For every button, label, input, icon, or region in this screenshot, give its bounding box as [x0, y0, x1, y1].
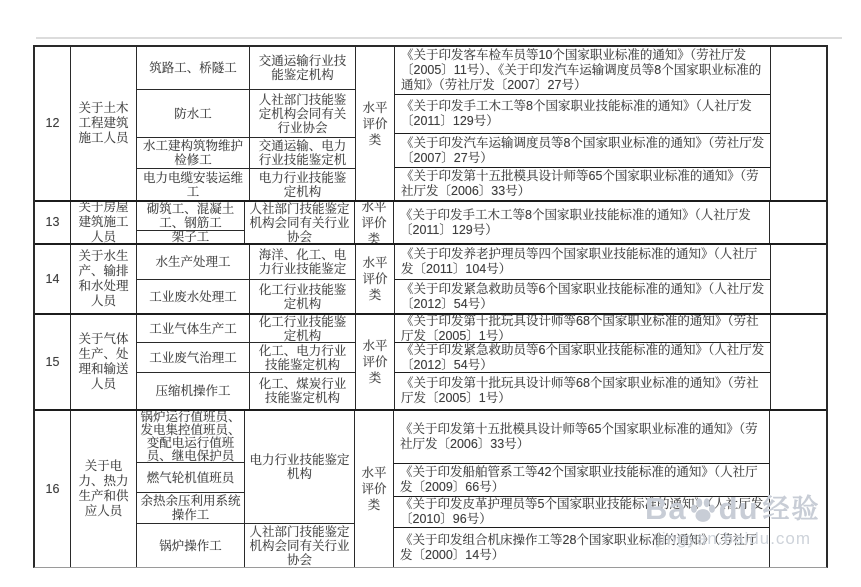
notice-cell: 《关于印发船舶管系工等42个国家职业技能标准的通知》（人社厅发〔2009〕66号…: [394, 464, 769, 497]
notice-cell: 《关于印发手工木工等8个国家职业技能标准的通知》（人社厅发〔2011〕129号）: [394, 202, 769, 243]
occupation-cell: 压缩机操作工: [137, 373, 250, 409]
eval-line2: 评价类: [357, 215, 391, 244]
table-row: 13 关于房屋建筑施工人员 砌筑工、混凝土工、钢筋工 架子工 人社部门技能鉴定机…: [35, 200, 826, 243]
row-number: 14: [35, 245, 71, 313]
occupation-cell: 余热余压利用系统操作工: [137, 493, 244, 524]
occupation-cell: 燃气轮机值班员: [137, 463, 244, 493]
notices-column: 《关于印发手工木工等8个国家职业技能标准的通知》（人社厅发〔2011〕129号）: [394, 202, 770, 243]
notice-cell: 《关于印发紧急救助员等6个国家职业技能标准的通知》（人社厅发〔2012〕54号）: [395, 280, 770, 313]
table-row: 15 关于气体生产、处理和输送人员 工业气体生产工 化工行业技能鉴定机构 工业废…: [35, 313, 826, 409]
occupation-cell: 电力电缆安装运维工: [137, 169, 250, 200]
notices-column: 《关于印发客车检车员等10个国家职业标准的通知》（劳社厅发〔2005〕11号）、…: [395, 47, 771, 200]
eval-line2: 评价类: [357, 481, 391, 513]
org-cell: 交通运输行业技能鉴定机构: [250, 47, 355, 89]
empty-cell: [771, 47, 826, 200]
notice-cell: 《关于印发手工木工等8个国家职业技能标准的通知》（人社厅发〔2011〕129号）: [395, 95, 770, 134]
category-cell: 关于气体生产、处理和输送人员: [71, 315, 137, 409]
notice-cell: 《关于印发第十五批模具设计师等65个国家职业标准的通知》（劳社厅发〔2006〕3…: [395, 168, 770, 200]
eval-type-cell: 水平 评价类: [355, 202, 394, 243]
occupational-standards-table: 12 关于土木工程建筑施工人员 筑路工、桥隧工 交通运输行业技能鉴定机构 防水工…: [33, 45, 828, 568]
notices-column: 《关于印发第十批玩具设计师等68个国家职业标准的通知》（劳社厅发〔2005〕1号…: [395, 315, 771, 409]
org-cell: 人社部门技能鉴定机构会同有关行业协会: [245, 524, 354, 567]
row-number: 15: [35, 315, 71, 409]
occupation-cell: 工业气体生产工: [137, 315, 250, 342]
eval-line1: 水平: [362, 100, 387, 116]
notice-cell: 《关于印发皮革护理员等5个国家职业技能标准的通知》（人社厅发〔2010〕96号）: [394, 497, 769, 528]
notice-cell: 《关于印发组合机床操作工等28个国家职业标准的通知》（劳社厅发〔2000〕14号…: [394, 528, 769, 567]
occupation-org-group: 工业气体生产工 化工行业技能鉴定机构 工业废气治理工 化工、电力行业技能鉴定机构…: [137, 315, 356, 409]
occupation-cell: 工业废气治理工: [137, 343, 250, 372]
org-cell: 交通运输、电力行业技能鉴定机: [250, 138, 355, 168]
category-cell: 关于水生产、输排和水处理人员: [71, 245, 137, 313]
notice-cell: 《关于印发汽车运输调度员等8个国家职业标准的通知》（劳社厅发〔2007〕27号）: [395, 134, 770, 168]
occupation-cell: 锅炉运行值班员、发电集控值班员、变配电运行值班员、继电保护员: [137, 411, 244, 463]
org-cell: 电力行业技能鉴定机构: [250, 169, 355, 200]
notice-cell: 《关于印发第十批玩具设计师等68个国家职业标准的通知》（劳社厅发〔2005〕1号…: [395, 315, 770, 343]
notice-cell: 《关于印发客车检车员等10个国家职业标准的通知》（劳社厅发〔2005〕11号）、…: [395, 47, 770, 95]
notice-cell: 《关于印发第十批玩具设计师等68个国家职业标准的通知》（劳社厅发〔2005〕1号…: [395, 373, 770, 409]
occupation-org-group: 筑路工、桥隧工 交通运输行业技能鉴定机构 防水工 人社部门技能鉴定机构会同有关行…: [137, 47, 356, 200]
notice-cell: 《关于印发养老护理员等四个国家职业技能标准的通知》（人社厅发〔2011〕104号…: [395, 245, 770, 280]
eval-type-cell: 水平 评价类: [356, 47, 395, 200]
occupation-column: 锅炉运行值班员、发电集控值班员、变配电运行值班员、继电保护员 燃气轮机值班员 余…: [137, 411, 245, 567]
org-cell: 化工行业技能鉴定机构: [250, 280, 355, 313]
occupation-cell: 工业废水处理工: [137, 280, 250, 313]
org-cell: 海洋、化工、电力行业技能鉴定: [250, 245, 355, 279]
eval-line1: 水平: [362, 338, 387, 354]
table-row: 16 关于电力、热力生产和供应人员 锅炉运行值班员、发电集控值班员、变配电运行值…: [35, 409, 826, 567]
org-cell: 人社部门技能鉴定机构会同有关行业协会: [250, 90, 355, 137]
row-number: 12: [35, 47, 71, 200]
occupation-cell: 防水工: [137, 90, 250, 137]
notices-column: 《关于印发第十五批模具设计师等65个国家职业标准的通知》（劳社厅发〔2006〕3…: [394, 411, 770, 567]
occupation-cell: 筑路工、桥隧工: [137, 47, 250, 89]
eval-type-cell: 水平 评价类: [356, 315, 395, 409]
eval-type-cell: 水平 评价类: [355, 411, 394, 567]
occupation-cell: 架子工: [137, 231, 244, 243]
org-cell: 人社部门技能鉴定机构会同有关行业协会: [245, 202, 355, 243]
row-number: 13: [35, 202, 71, 243]
org-cell: 电力行业技能鉴定机构: [245, 411, 354, 524]
occupation-cell: 水工建构筑物维护检修工: [137, 138, 250, 168]
category-cell: 关于土木工程建筑施工人员: [71, 47, 137, 200]
org-cell: 化工行业技能鉴定机构: [250, 315, 355, 342]
scan-artifact-line: [36, 37, 842, 39]
occupation-column: 砌筑工、混凝土工、钢筋工 架子工: [137, 202, 245, 243]
eval-line2: 评价类: [358, 116, 392, 148]
eval-line1: 水平: [361, 202, 386, 215]
empty-cell: [770, 202, 826, 243]
org-cell: 化工、电力行业技能鉴定机构: [250, 343, 355, 372]
empty-cell: [771, 315, 826, 409]
notices-column: 《关于印发养老护理员等四个国家职业技能标准的通知》（人社厅发〔2011〕104号…: [395, 245, 771, 313]
table-row: 14 关于水生产、输排和水处理人员 水生产处理工 海洋、化工、电力行业技能鉴定 …: [35, 243, 826, 313]
category-cell: 关于房屋建筑施工人员: [71, 202, 137, 243]
eval-line1: 水平: [362, 255, 387, 271]
occupation-cell: 水生产处理工: [137, 245, 250, 279]
eval-line2: 评价类: [358, 354, 392, 386]
org-column: 电力行业技能鉴定机构 人社部门技能鉴定机构会同有关行业协会: [245, 411, 355, 567]
eval-type-cell: 水平 评价类: [356, 245, 395, 313]
notice-cell: 《关于印发第十五批模具设计师等65个国家职业标准的通知》（劳社厅发〔2006〕3…: [394, 411, 769, 464]
empty-cell: [770, 411, 826, 567]
eval-line1: 水平: [361, 465, 386, 481]
org-cell: 化工、煤炭行业技能鉴定机构: [250, 373, 355, 409]
category-cell: 关于电力、热力生产和供应人员: [71, 411, 137, 567]
table-row: 12 关于土木工程建筑施工人员 筑路工、桥隧工 交通运输行业技能鉴定机构 防水工…: [35, 47, 826, 200]
occupation-cell: 砌筑工、混凝土工、钢筋工: [137, 202, 244, 231]
eval-line2: 评价类: [358, 271, 392, 303]
row-number: 16: [35, 411, 71, 567]
occupation-cell: 锅炉操作工: [137, 524, 244, 567]
occupation-org-group: 水生产处理工 海洋、化工、电力行业技能鉴定 工业废水处理工 化工行业技能鉴定机构: [137, 245, 356, 313]
empty-cell: [771, 245, 826, 313]
notice-cell: 《关于印发紧急救助员等6个国家职业技能标准的通知》（人社厅发〔2012〕54号）: [395, 343, 770, 373]
